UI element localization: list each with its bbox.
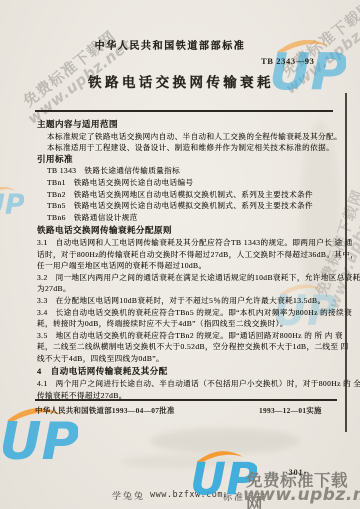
title-divider [35,110,333,112]
watermark-bottom-site-url: www.upbz.net [243,485,360,505]
upbz-logo-letters: UP [0,190,24,218]
upbz-logo-icon: UP [0,184,24,218]
page-number: ·301· [285,468,307,477]
doc-line: 引用标准 [37,154,339,166]
doc-line: 线不大于4dB，四线至四线为0dB”。 [37,353,339,365]
upbz-logo-letters: UP [0,412,78,468]
doc-line: 话时，对于800Hz的传输衰耗自动交换时不得超过27dB，人工交换时不得超过36… [37,249,339,261]
doc-line: 3.1 自动电话网和人工电话网传输衰耗及其分配应符合TB 1343的规定。即两用… [37,237,339,249]
doc-line: TBn6 铁路通信设计规范 [37,212,339,224]
doc-line: TBn2 铁路电话交换网地区自动电话模拟交换机制式、系列及主要技术条件 [37,189,339,201]
implementation-date: 1993—12—01实施 [259,405,322,416]
footer-divider [35,399,337,401]
doc-line: 3.3 在分配地区电话网10dB衰耗时，对于不超过5％的用户允许最大衰耗13.5… [37,295,339,307]
watermark-site-name: 免费标准下载网 [0,8,146,131]
doc-line: TB 1343 铁路长途通信传输质量指标 [37,165,339,177]
bottom-brand-text: 学兔兔 [112,489,145,502]
scan-edge-line [345,93,347,432]
doc-line: 主题内容与适用范围 [37,119,339,131]
page-title: 铁路电话交换网传输衰耗 [0,71,360,91]
scanned-standard-page: 免费标准下载网 www.upbz.net 免费标准下载网 www.upbz.ne… [0,0,360,509]
doc-line: 3.5 地区自动电话交换机的衰耗应符合TBn2 的规定。即“通话回路对800Hz… [37,330,339,342]
document-body: 主题内容与适用范围本标准规定了铁路电话交换网内自动、半自动和人工交换的全程传输衰… [37,119,339,401]
doc-line: 本标准适用于工程建设、设备设计、制造和维修并作为制定相关技术标准的依据。 [37,142,339,154]
doc-line: 任一用户端至地区电话网的衰耗不得超过10dB。 [37,260,339,272]
standard-number: TB 2343—93 [261,56,314,66]
doc-line: 耗，二线至二线纵横制电话交换机不大于0.52dB，空分程控交换机不大于1dB，二… [37,341,339,353]
doc-line: 3.2 同一地区内两用户之间的通话衰耗在满足长途通话规定的10dB衰耗下，允许地… [37,272,339,284]
doc-line: TBn5 铁路电话交换网长途自动电话模拟交换机制式、系列及主要技术条件 [37,200,339,212]
doc-line: 4.1 两个用户之间进行长途自动、半自动通话（不包括用户小交换机）时，对于800… [37,378,339,390]
doc-line: 耗，转接时为0dB，终端接续时应不大于4dB”（指四线至二线交换时）。 [37,318,339,330]
doc-line: 铁路电话交换网传输衰耗分配原则 [37,225,339,237]
doc-line: 本标准规定了铁路电话交换网内自动、半自动和人工交换的全程传输衰耗及其分配。 [37,131,339,143]
doc-line: TBn1 铁路电话交换网长途自动电话编号 [37,177,339,189]
approval-note: 中华人民共和国铁道部1993—04—07批准 [35,405,175,416]
ministry-standard-heading: 中华人民共和国铁道部部标准 [0,37,340,52]
doc-line: 为27dB。 [37,283,339,295]
doc-line: 3.4 长途自动电话交换机的衰耗应符合TBn5 的规定。即“本机内对频率为800… [37,307,339,319]
doc-line: 4 自动电话网传输衰耗及其分配 [37,366,339,378]
